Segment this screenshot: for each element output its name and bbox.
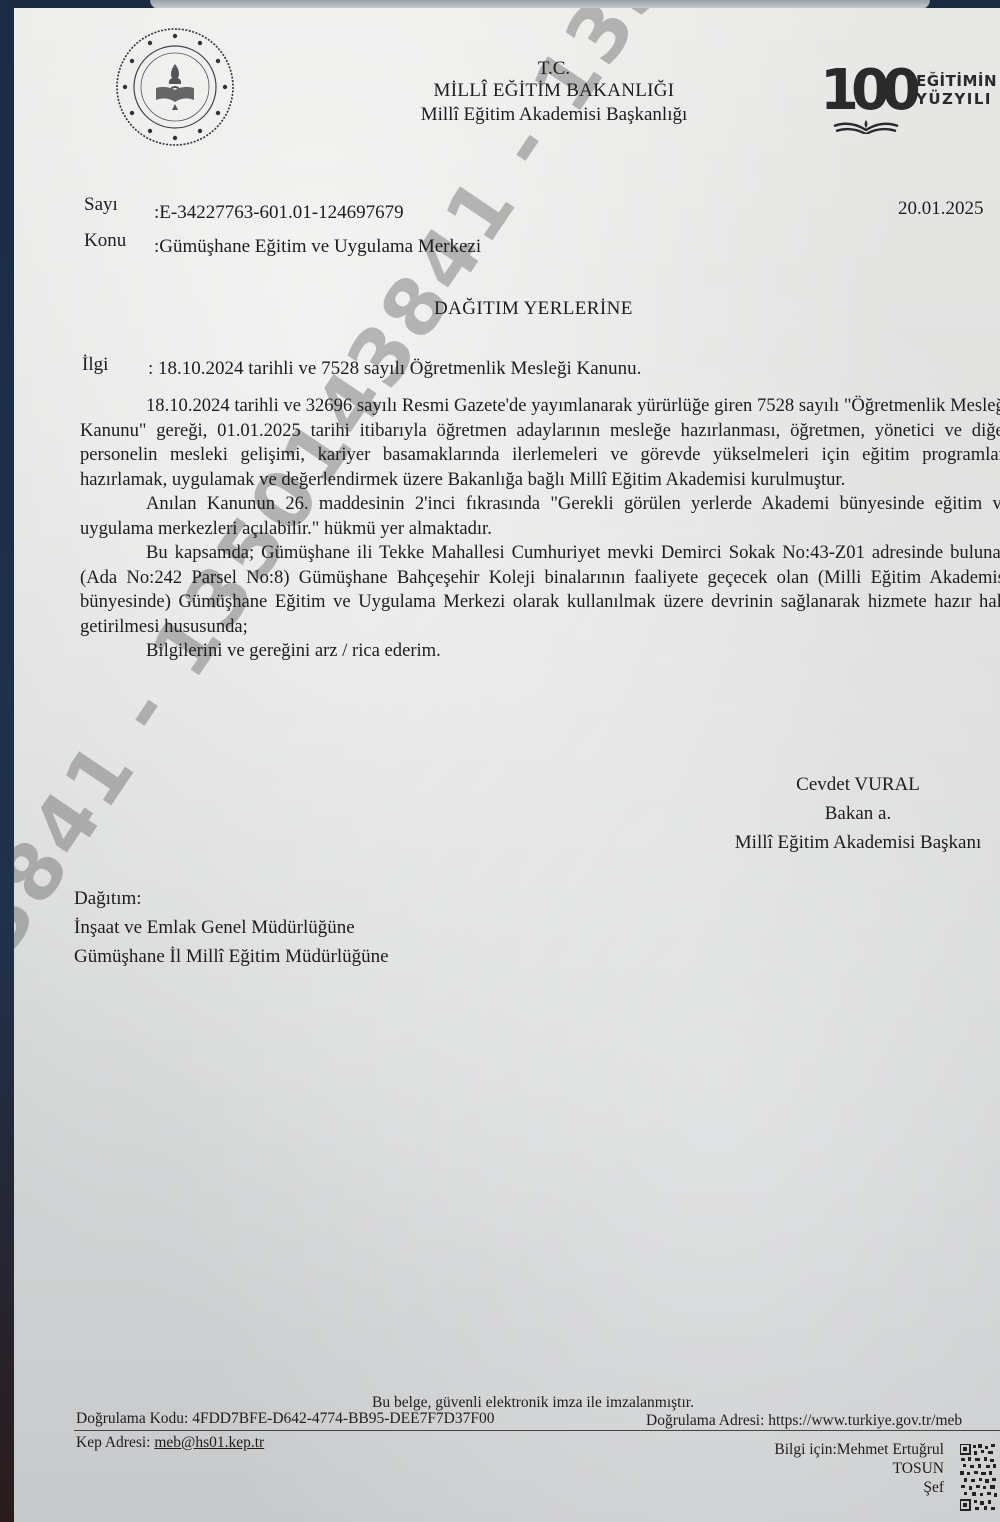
open-book-icon — [832, 118, 900, 134]
distribution-item: İnşaat ve Emlak Genel Müdürlüğüne — [74, 913, 389, 942]
contact-role: Şef — [774, 1478, 944, 1497]
footer-divider — [74, 1430, 1000, 1431]
kep-label: Kep Adresi: — [76, 1434, 150, 1451]
konu-label: Konu — [84, 230, 126, 252]
contact-name: Bilgi için:Mehmet Ertuğrul — [774, 1440, 944, 1459]
addressee-title: DAĞITIM YERLERİNE — [434, 298, 633, 320]
signer-name: Cevdet VURAL — [708, 770, 1000, 799]
signer-on-behalf: Bakan a. — [708, 799, 1000, 828]
letter-page: 1350143841 - 1350143841 - 1350143841 - T… — [14, 8, 1000, 1522]
verification-code-label: Doğrulama Kodu: — [76, 1410, 188, 1427]
sayi-value: :E-34227763-601.01-124697679 — [154, 202, 404, 224]
distribution-item: Gümüşhane İl Millî Eğitim Müdürlüğüne — [74, 942, 389, 971]
contact-info: Bilgi için:Mehmet Ertuğrul TOSUN Şef — [774, 1440, 944, 1497]
konu-value: :Gümüşhane Eğitim ve Uygulama Merkezi — [154, 236, 481, 258]
distribution-block: Dağıtım: İnşaat ve Emlak Genel Müdürlüğü… — [74, 884, 389, 971]
kep-address-link[interactable]: meb@hs01.kep.tr — [154, 1434, 264, 1451]
meb-seal-icon — [112, 26, 238, 148]
qr-code-icon — [960, 1444, 1000, 1514]
header-ministry: MİLLÎ EĞİTİM BAKANLIĞI — [374, 80, 734, 102]
logo-number: 100 — [820, 58, 913, 123]
signer-title: Millî Eğitim Akademisi Başkanı — [708, 828, 1000, 857]
verification-address-label: Doğrulama Adresi: — [646, 1412, 764, 1429]
kep-address: Kep Adresi: meb@hs01.kep.tr — [76, 1434, 264, 1452]
document-date: 20.01.2025 — [898, 198, 984, 220]
signature-block: Cevdet VURAL Bakan a. Millî Eğitim Akade… — [708, 770, 1000, 857]
contact-surname: TOSUN — [774, 1459, 944, 1478]
distribution-label: Dağıtım: — [74, 884, 389, 913]
anniversary-logo: 100 EĞİTİMİN YÜZYILI — [820, 64, 1000, 144]
body-paragraph-2: Anılan Kanunun 26. maddesinin 2'inci fık… — [80, 492, 1000, 541]
body-paragraph-3: Bu kapsamda; Gümüşhane ili Tekke Mahalle… — [80, 541, 1000, 639]
header-country: T.C. — [374, 58, 734, 80]
sayi-label: Sayı — [84, 194, 118, 216]
ilgi-label: İlgi — [82, 354, 108, 376]
verification-code: Doğrulama Kodu: 4FDD7BFE-D642-4774-BB95-… — [76, 1410, 495, 1428]
header-department: Millî Eğitim Akademisi Başkanlığı — [374, 104, 734, 126]
verification-address: Doğrulama Adresi: https://www.turkiye.go… — [646, 1412, 962, 1430]
logo-line1: EĞİTİMİN — [916, 72, 997, 90]
body-paragraph-1: 18.10.2024 tarihli ve 32696 sayılı Resmi… — [80, 394, 1000, 492]
verification-address-link[interactable]: https://www.turkiye.gov.tr/meb — [768, 1412, 962, 1429]
letter-body: 18.10.2024 tarihli ve 32696 sayılı Resmi… — [80, 394, 1000, 664]
verification-code-value: 4FDD7BFE-D642-4774-BB95-DEE7F7D37F00 — [192, 1410, 494, 1427]
closing-line: Bilgilerini ve gereğini arz / rica ederi… — [80, 639, 1000, 664]
logo-line2: YÜZYILI — [916, 90, 992, 108]
background-desk-edge — [0, 0, 14, 1522]
ilgi-value: : 18.10.2024 tarihli ve 7528 sayılı Öğre… — [148, 358, 641, 380]
